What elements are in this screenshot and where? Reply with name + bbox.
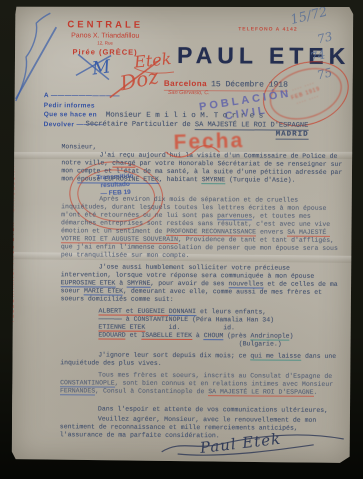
red-handwriting-doz: Doz: [118, 64, 161, 95]
recipient-name: Monsieur E m i l i o M. T o r r e s: [106, 112, 264, 121]
body-paragraph-4: J'ignore leur sort depuis dix mois; ce q…: [60, 351, 342, 369]
body-paragraph-7: Veuillez agréer, Monsieur, avec le renou…: [60, 415, 342, 441]
body-list-line: (Bulgarie.): [98, 339, 342, 348]
body-paragraph-1: J'ai reçu aujourd'hui la visite d'un Com…: [61, 151, 343, 185]
handwritten-monogram: M: [91, 56, 112, 79]
archive-number: 15/72: [289, 5, 329, 28]
recipient-title: Secrétaire Particulier de SA MAJESTÉ LE …: [86, 120, 309, 129]
body-paragraph-5: Tous mes frères et soeurs, inscrits au C…: [60, 371, 342, 397]
recipient-city: MADRID: [276, 131, 309, 140]
telephone-label: TELEFONO A 4142: [238, 26, 297, 32]
company-street: 12, Rue: [44, 40, 166, 46]
letter-paper: CENTRALE Panos X. Triandafillou 12, Rue …: [12, 5, 354, 463]
side-vertical-text: TELEGRAMAS: PAUL ETEK - BARCELONA: [9, 164, 16, 323]
routing-line: A ——————————: [44, 91, 120, 101]
company-name: CENTRALE: [44, 19, 166, 31]
routing-line: Pedir informes: [44, 101, 120, 111]
body-paragraph-6: Dans l'espoir et attente de vos communic…: [60, 405, 342, 415]
dateline-city: Barcelona: [164, 79, 207, 88]
company-owner: Panos X. Triandafillou: [44, 32, 166, 40]
body-paragraph-3: J'ose aussi humblement solliciter votre …: [61, 263, 343, 305]
body-paragraph-2: Après environ dix mois de séparation et …: [61, 195, 343, 261]
address-subline: San Gervasio, C.: [168, 90, 210, 96]
